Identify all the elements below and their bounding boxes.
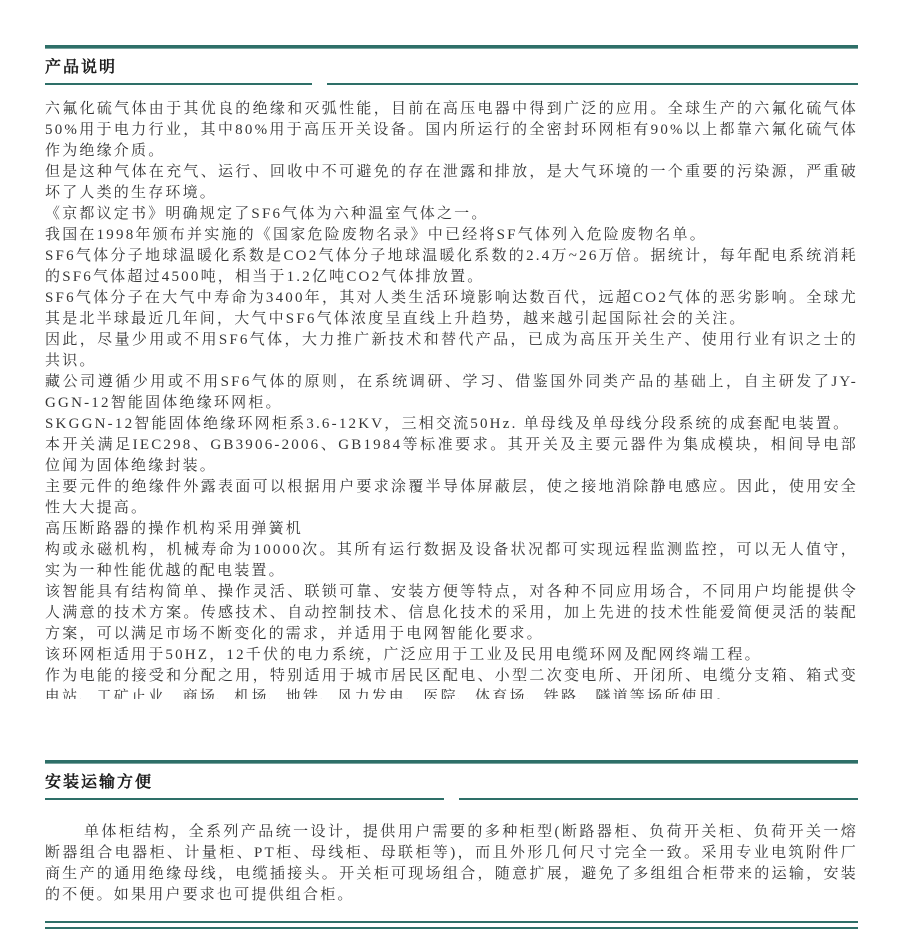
underline-segment-left [45, 83, 312, 85]
section-installation-transport: 安装运输方便 单体柜结构，全系列产品统一设计，提供用户需要的多种柜型(断路器柜、… [45, 760, 858, 906]
title-underline [45, 83, 858, 85]
paragraph: 但是这种气体在充气、运行、回收中不可避免的存在泄露和排放，是大气环境的一个重要的… [45, 162, 858, 204]
section-title: 安装运输方便 [45, 764, 858, 792]
paragraph: 因此，尽量少用或不用SF6气体，大力推广新技术和替代产品，已成为高压开关生产、使… [45, 330, 858, 372]
paragraph: 单体柜结构，全系列产品统一设计，提供用户需要的多种柜型(断路器柜、负荷开关柜、负… [45, 822, 858, 906]
paragraph: 藏公司遵循少用或不用SF6气体的原则，在系统调研、学习、借鉴国外同类产品的基础上… [45, 372, 858, 414]
paragraph: 该环网柜适用于50HZ，12千伏的电力系统，广泛应用于工业及民用电缆环网及配网终… [45, 645, 858, 666]
paragraph: 我国在1998年颁布并实施的《国家危险废物名录》中已经将SF气体列入危险废物名单… [45, 225, 858, 246]
section-body: 六氟化硫气体由于其优良的绝缘和灭弧性能，目前在高压电器中得到广泛的应用。全球生产… [45, 85, 858, 699]
section-product-description: 产品说明 六氟化硫气体由于其优良的绝缘和灭弧性能，目前在高压电器中得到广泛的应用… [45, 45, 858, 699]
section-body: 单体柜结构，全系列产品统一设计，提供用户需要的多种柜型(断路器柜、负荷开关柜、负… [45, 800, 858, 906]
document-page: 产品说明 六氟化硫气体由于其优良的绝缘和灭弧性能，目前在高压电器中得到广泛的应用… [0, 0, 900, 942]
page-bottom-rule [45, 921, 858, 929]
paragraph: 六氟化硫气体由于其优良的绝缘和灭弧性能，目前在高压电器中得到广泛的应用。全球生产… [45, 99, 858, 162]
paragraph: 《京都议定书》明确规定了SF6气体为六种温室气体之一。 [45, 204, 858, 225]
bottom-rule-upper [45, 921, 858, 923]
paragraph: 构或永磁机构，机械寿命为10000次。其所有运行数据及设备状况都可实现远程监测监… [45, 540, 858, 582]
paragraph: SF6气体分子在大气中寿命为3400年，其对人类生活环境影响达数百代，远超CO2… [45, 288, 858, 330]
underline-segment-right [459, 798, 858, 800]
paragraph: 作为电能的接受和分配之用，特别适用于城市居民区配电、小型二次变电所、开闭所、电缆… [45, 666, 858, 699]
bottom-rule-lower [45, 927, 858, 929]
paragraph: 高压断路器的操作机构采用弹簧机 [45, 519, 858, 540]
section-title: 产品说明 [45, 49, 858, 77]
paragraph: 本开关满足IEC298、GB3906-2006、GB1984等标准要求。其开关及… [45, 435, 858, 477]
paragraph: SKGGN-12智能固体绝缘环网柜系3.6-12KV，三相交流50Hz. 单母线… [45, 414, 858, 435]
underline-segment-right [327, 83, 858, 85]
paragraph: 该智能具有结构简单、操作灵活、联锁可靠、安装方便等特点，对各种不同应用场合，不同… [45, 582, 858, 645]
underline-segment-left [45, 798, 444, 800]
paragraph: SF6气体分子地球温暖化系数是CO2气体分子地球温暖化系数的2.4万~26万倍。… [45, 246, 858, 288]
paragraph: 主要元件的绝缘件外露表面可以根据用户要求涂覆半导体屏蔽层，使之接地消除静电感应。… [45, 477, 858, 519]
